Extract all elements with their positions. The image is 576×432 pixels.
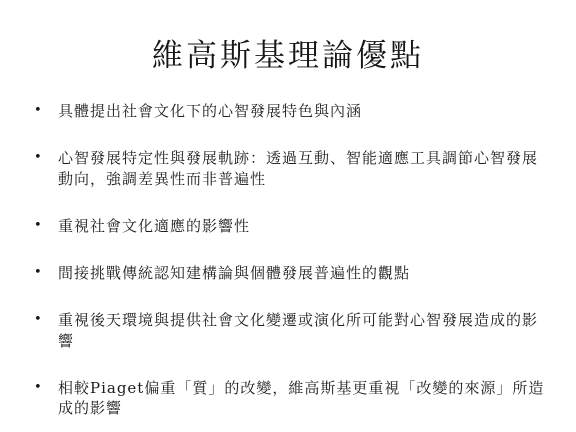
bullet-icon: •	[34, 101, 58, 121]
bullet-icon: •	[34, 263, 58, 283]
bullet-icon: •	[34, 216, 58, 236]
presentation-slide: 維高斯基理論優點 • 具體提出社會文化下的心智發展特色與內涵 • 心智發展特定性…	[0, 0, 576, 432]
bullet-item: • 相較Piaget偏重「質」的改變，維高斯基更重視「改變的來源」所造成的影響	[34, 378, 550, 419]
bullet-text: 重視社會文化適應的影響性	[58, 216, 550, 236]
bullet-item: • 間接挑戰傳統認知建構論與個體發展普遍性的觀點	[34, 263, 550, 283]
bullet-item: • 重視後天環境與提供社會文化變遷或演化所可能對心智發展造成的影響	[34, 310, 550, 351]
bullet-list: • 具體提出社會文化下的心智發展特色與內涵 • 心智發展特定性與發展軌跡：透過互…	[0, 101, 576, 418]
bullet-item: • 重視社會文化適應的影響性	[34, 216, 550, 236]
bullet-item: • 心智發展特定性與發展軌跡：透過互動、智能適應工具調節心智發展動向，強調差異性…	[34, 148, 550, 189]
bullet-icon: •	[34, 310, 58, 330]
bullet-icon: •	[34, 148, 58, 168]
slide-title: 維高斯基理論優點	[0, 0, 576, 75]
bullet-text: 相較Piaget偏重「質」的改變，維高斯基更重視「改變的來源」所造成的影響	[58, 378, 550, 419]
bullet-text: 間接挑戰傳統認知建構論與個體發展普遍性的觀點	[58, 263, 550, 283]
bullet-item: • 具體提出社會文化下的心智發展特色與內涵	[34, 101, 550, 121]
bullet-icon: •	[34, 378, 58, 398]
bullet-text: 心智發展特定性與發展軌跡：透過互動、智能適應工具調節心智發展動向，強調差異性而非…	[58, 148, 550, 189]
bullet-text: 重視後天環境與提供社會文化變遷或演化所可能對心智發展造成的影響	[58, 310, 550, 351]
bullet-text: 具體提出社會文化下的心智發展特色與內涵	[58, 101, 550, 121]
